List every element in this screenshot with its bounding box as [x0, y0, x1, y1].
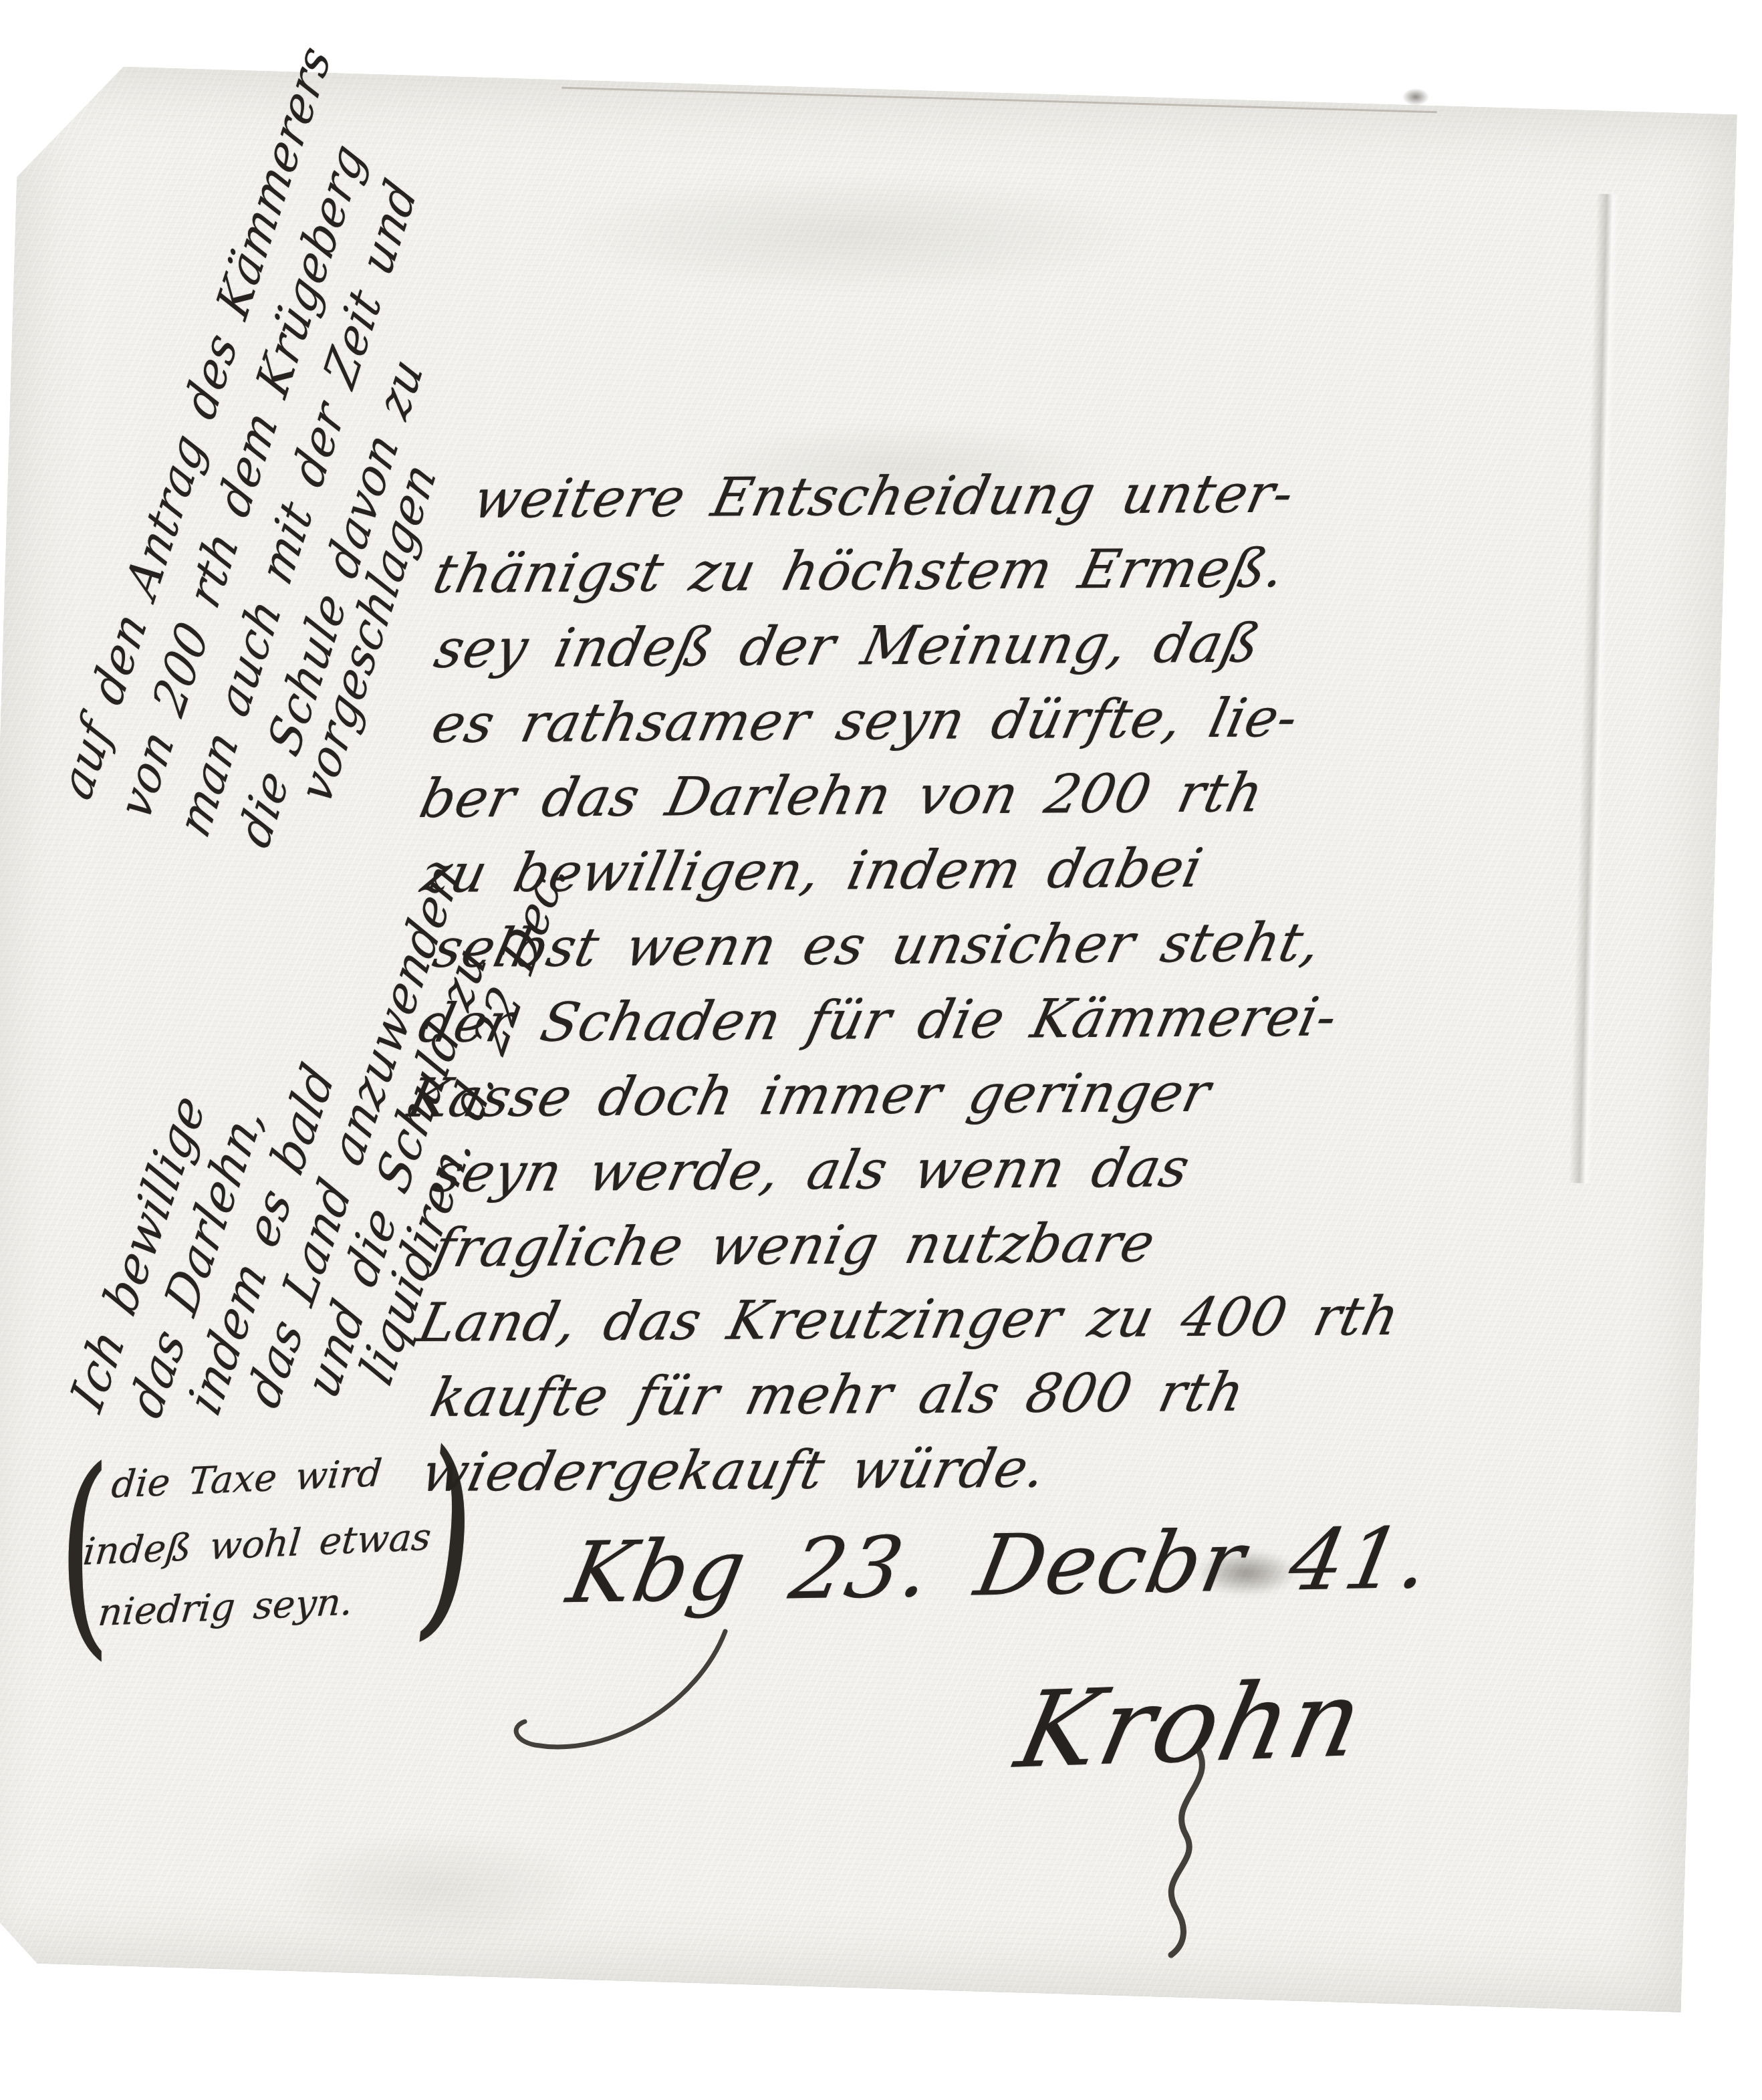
body-line: seyn werde, als wenn das — [428, 1137, 1196, 1204]
dateline: Kbg 23. Decbr 41. — [560, 1509, 1439, 1622]
ink-spot — [1402, 88, 1429, 106]
body-line: Kasse doch immer geringer — [402, 1062, 1217, 1129]
body-line: kaufte für mehr als 800 rth — [425, 1361, 1251, 1429]
dateline-flourish — [498, 1621, 752, 1842]
body-line: wiedergekauft würde. — [416, 1437, 1052, 1504]
scanned-letter-page: auf den Antrag des Kämmerers von 200 rth… — [0, 0, 1762, 2100]
body-line: ber das Darlehn von 200 rth — [414, 762, 1269, 830]
body-line: weitere Entscheidung unter- — [468, 462, 1300, 530]
body-line: selbst wenn es unsicher steht, — [428, 911, 1328, 979]
body-line: fragliche wenig nutzbare — [428, 1212, 1161, 1279]
body-line: sey indeß der Meinung, daß — [429, 612, 1266, 680]
ghost-stain — [434, 147, 1270, 321]
body-line: zu bewilligen, indem dabei — [416, 837, 1209, 905]
body-line: es rathsamer seyn dürfte, lie- — [426, 687, 1304, 755]
body-line: der Schaden für die Kämmerei- — [413, 985, 1344, 1054]
signature-flourish — [1136, 1744, 1337, 1964]
body-line: Land, das Kreutzinger zu 400 rth — [413, 1285, 1406, 1354]
body-line: thänigst zu höchstem Ermeß. — [428, 537, 1291, 605]
